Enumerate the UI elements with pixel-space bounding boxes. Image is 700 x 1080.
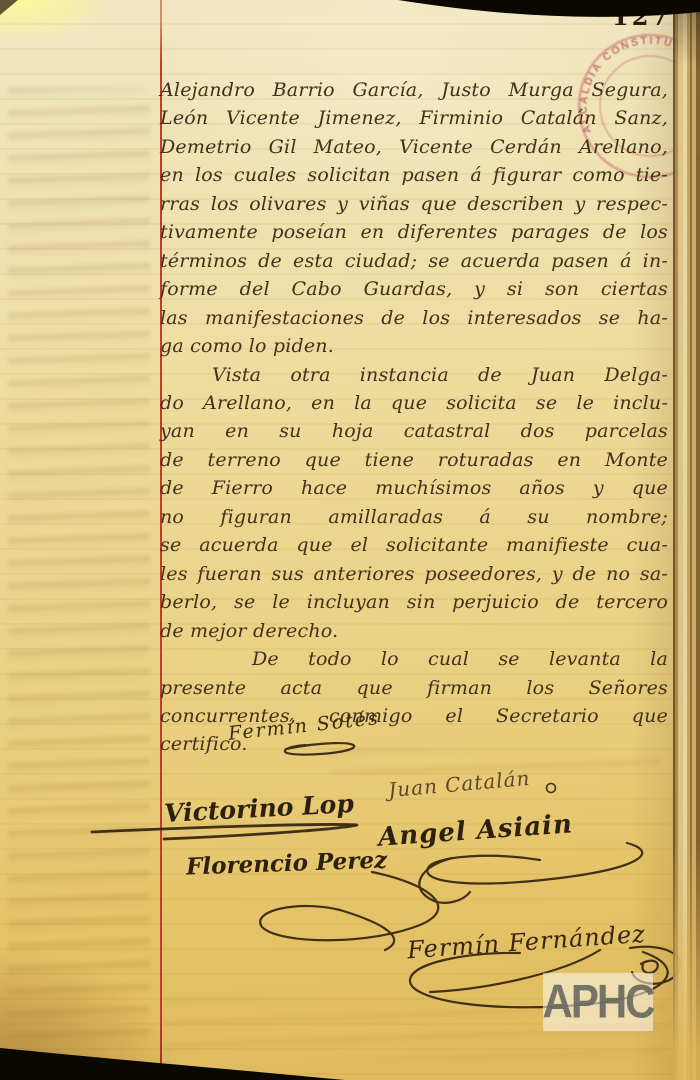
manuscript-line: ga como lo piden. <box>160 332 668 360</box>
dark-top-left-corner <box>0 0 18 15</box>
manuscript-line: Vista otra instancia de Juan Delga- <box>160 361 668 389</box>
manuscript-line: en los cuales solicitan pasen á figurar … <box>160 161 668 189</box>
page-number: 127 <box>612 2 671 31</box>
inter-signature-curve <box>419 858 470 903</box>
manuscript-line: se acuerda que el solicitante manifieste… <box>160 531 668 559</box>
signature-florencio-perez: Florencio Perez <box>186 846 388 880</box>
manuscript-line: forme del Cabo Guardas, y si son ciertas <box>160 275 668 303</box>
dark-bottom-left-corner <box>0 1048 345 1080</box>
signature-angel-asiain: Angel Asiain <box>377 809 574 853</box>
manuscript-line: do Arellano, en la que solicita se le in… <box>160 389 668 417</box>
manuscript-line: de Fierro hace muchísimos años y que <box>160 474 668 502</box>
victorino-underline <box>92 824 357 839</box>
manuscript-line: Alejandro Barrio García, Justo Murga Seg… <box>160 76 668 104</box>
manuscript-line: no figuran amillaradas á su nombre; <box>160 503 668 531</box>
ink-bleedthrough-left-margin <box>8 88 150 1040</box>
manuscript-line: rras los olivares y viñas que describen … <box>160 190 668 218</box>
signature-victorino: Victorino Lop <box>163 789 354 828</box>
manuscript-line: yan en su hoja catastral dos parcelas <box>160 417 668 445</box>
manuscript-line: De todo lo cual se levanta la <box>160 645 668 673</box>
manuscript-line: de mejor derecho. <box>160 617 668 645</box>
manuscript-line: Demetrio Gil Mateo, Vicente Cerdán Arell… <box>160 133 668 161</box>
manuscript-body: Alejandro Barrio García, Justo Murga Seg… <box>160 76 668 759</box>
manuscript-line: les fueran sus anteriores poseedores, y … <box>160 560 668 588</box>
book-page-edges <box>673 0 700 1080</box>
manuscript-line: de terreno que tiene roturadas en Monte <box>160 446 668 474</box>
manuscript-line: berlo, se le incluyan sin perjuicio de t… <box>160 588 668 616</box>
manuscript-line: León Vicente Jimenez, Firminio Catalán S… <box>160 104 668 132</box>
signature-juan-catalan: Juan Catalán <box>387 766 531 802</box>
watermark-label: APHC <box>543 975 654 1029</box>
manuscript-line: presente acta que firman los Señores <box>160 674 668 702</box>
juan-catalan-dot-flourish <box>547 784 556 793</box>
angel-flourish <box>427 843 642 883</box>
manuscript-page: ALCALDIA CONSTITUCIONAL 127 Alejandro Ba… <box>0 0 700 1080</box>
manuscript-line: términos de esta ciudad; se acuerda pase… <box>160 247 668 275</box>
signature-fermin-fernandez: Fermín Fernández <box>406 920 646 965</box>
manuscript-line: las manifestaciones de los interesados s… <box>160 304 668 332</box>
manuscript-line: tivamente poseían en diferentes parages … <box>160 218 668 246</box>
archive-watermark: APHC <box>543 973 653 1031</box>
